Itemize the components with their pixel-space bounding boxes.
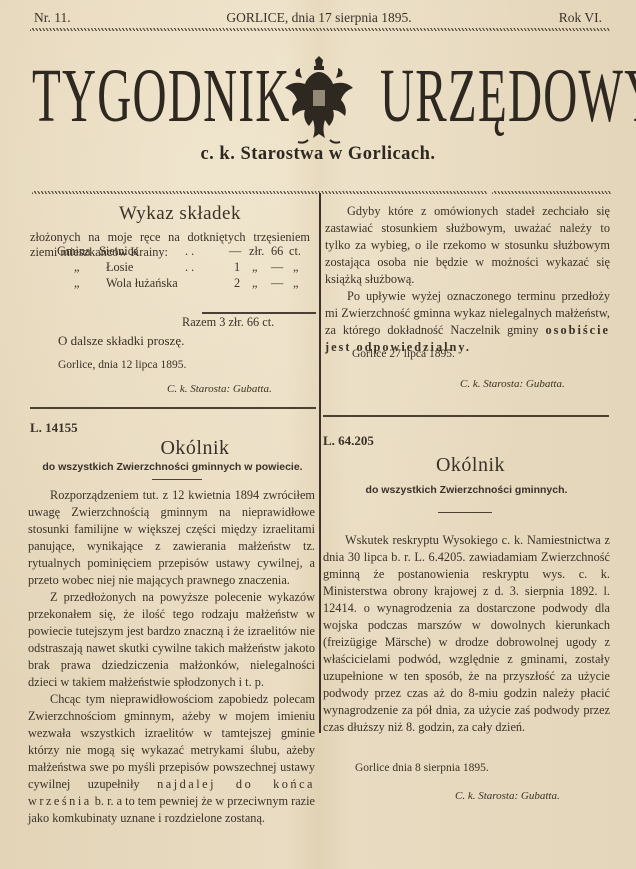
rope-divider — [30, 28, 610, 31]
paragraph: Po upływie wyżej oznaczonego terminu prz… — [325, 288, 610, 356]
wykaz-signature: C. k. Starosta: Gubatta. — [167, 383, 272, 395]
okolnik-date: Gorlice dnia 8 sierpnia 1895. — [355, 762, 489, 774]
paragraph: Rozporządzeniem tut. z 12 kwietnia 1894 … — [28, 487, 315, 589]
wykaz-request: O dalsze składki proszę. — [58, 333, 184, 349]
masthead-title-left: TYGODNIK — [32, 52, 291, 140]
okolnik-number: L. 64.205 — [323, 433, 374, 449]
short-rule — [438, 512, 492, 513]
wykaz-rows: Gmina Sietnica . . — złr. 66 ct. „ Łosie… — [57, 243, 307, 291]
wykaz-date: Gorlice, dnia 12 lipca 1895. — [58, 359, 186, 371]
rope-divider — [492, 191, 611, 194]
masthead: TYGODNIK URZĘDOWY — [30, 52, 610, 142]
okolnik-subtitle: do wszystkich Zwierzchności gminnych. — [323, 484, 610, 496]
issue-header-bar: Nr. 11. GORLICE, dnia 17 sierpnia 1895. … — [30, 10, 608, 26]
okolnik-subtitle: do wszystkich Zwierzchności gminnych w p… — [30, 461, 315, 473]
continuation-body: Gdyby które z omówionych stadeł zechciał… — [325, 203, 610, 356]
okolnik-body: Wskutek reskryptu Wysokiego c. k. Namies… — [323, 532, 610, 736]
okolnik-signature: C. k. Starosta: Gubatta. — [455, 790, 560, 802]
rope-divider — [32, 191, 487, 194]
continuation-date: Gorlice 27 lipca 1895. — [352, 348, 455, 360]
volume-year: Rok VI. — [559, 10, 602, 26]
okolnik-title: Okólnik — [30, 437, 320, 460]
paragraph: Gdyby które z omówionych stadeł zechciał… — [325, 203, 610, 288]
paragraph: Z przedłożonych na powyższe polecenie wy… — [28, 589, 315, 691]
column-divider — [319, 193, 321, 733]
double-headed-eagle-icon — [278, 54, 360, 150]
okolnik-title: Okólnik — [323, 454, 610, 477]
section-rule — [323, 415, 609, 417]
wykaz-title: Wykaz składek — [50, 205, 310, 222]
table-row: Gmina Sietnica . . — złr. 66 ct. — [57, 243, 307, 259]
continuation-signature: C. k. Starosta: Gubatta. — [460, 378, 565, 390]
paragraph: Wskutek reskryptu Wysokiego c. k. Namies… — [323, 532, 610, 736]
okolnik-body: Rozporządzeniem tut. z 12 kwietnia 1894 … — [28, 487, 315, 827]
okolnik-number: L. 14155 — [30, 420, 78, 436]
short-rule — [152, 479, 202, 480]
dateline: GORLICE, dnia 17 sierpnia 1895. — [30, 10, 608, 26]
paragraph: Chcąc tym nieprawidłowościom zapobiedz p… — [28, 691, 315, 827]
masthead-title-right: URZĘDOWY — [380, 52, 636, 140]
sum-rule — [202, 312, 316, 314]
section-rule — [30, 407, 316, 409]
table-row: „ Wola łużańska 2 „ — „ — [57, 275, 307, 291]
table-row: „ Łosie . . 1 „ — „ — [57, 259, 307, 275]
wykaz-total: Razem 3 złr. 66 ct. — [182, 315, 274, 330]
masthead-subtitle: c. k. Starostwa w Gorlicach. — [0, 144, 636, 165]
